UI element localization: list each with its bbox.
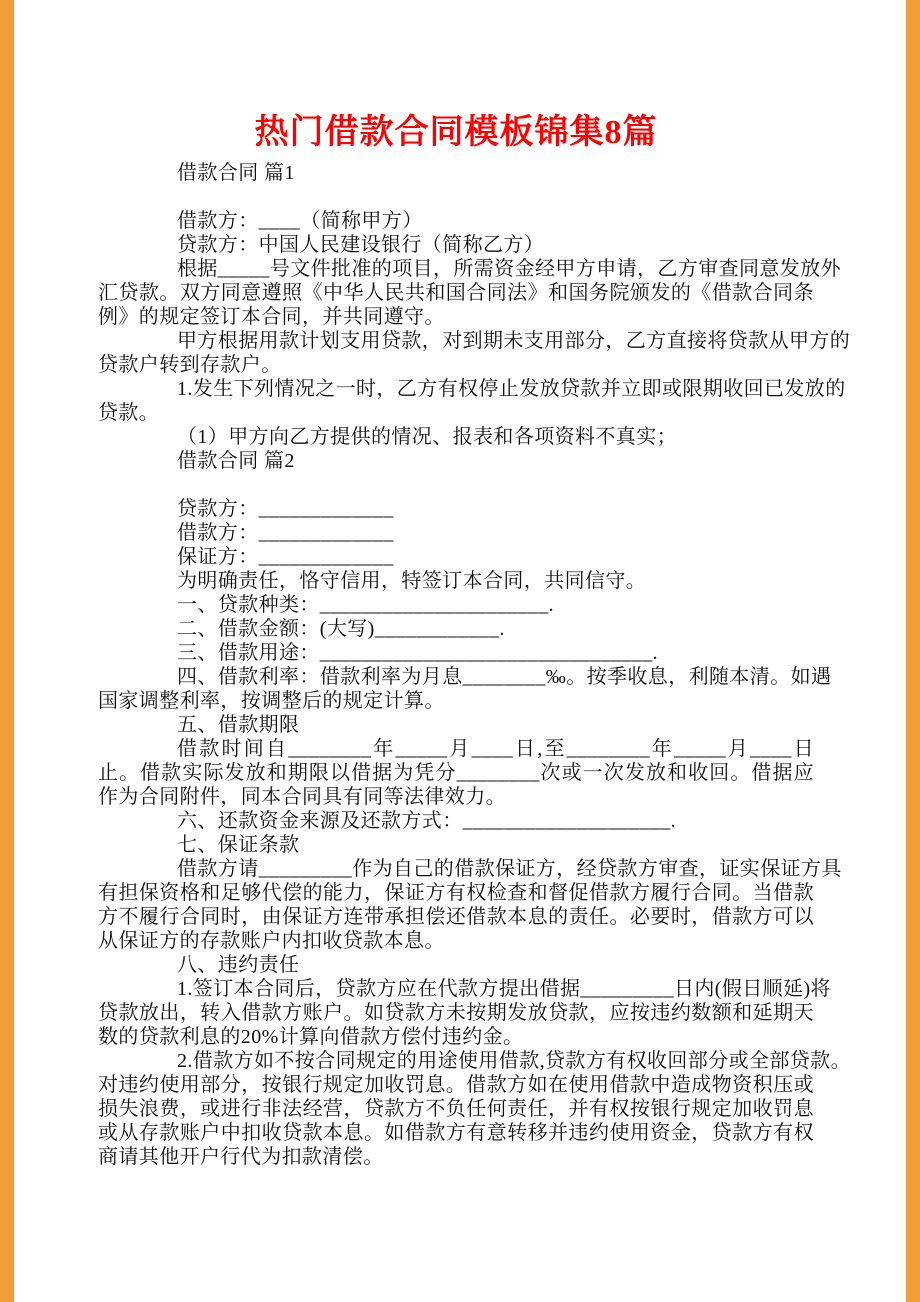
doc-line-guarantor-blank: 保证方：_____________	[98, 545, 814, 569]
doc-line-section2-heading: 借款合同 篇2	[98, 449, 814, 473]
doc-line: 损失浪费，或进行非法经营，贷款方不负任何责任，并有权按银行规定加收罚息	[98, 1097, 814, 1121]
doc-line-blank	[98, 185, 814, 209]
doc-line-clause7: 七、保证条款	[98, 833, 814, 857]
document-page: 热门借款合同模板锦集8篇 借款合同 篇1 借款方：____（简称甲方） 贷款方：…	[0, 0, 920, 1302]
doc-line-clause5: 五、借款期限	[98, 713, 814, 737]
doc-line: 有担保资格和足够代偿的能力，保证方有权检查和督促借款方履行合同。当借款	[98, 881, 814, 905]
doc-line: 1.签订本合同后，贷款方应在代款方提出借据_________日内(假日顺延)将	[98, 977, 814, 1001]
doc-line-clause6: 六、还款资金来源及还款方式：____________________.	[98, 809, 814, 833]
doc-line: 2.借款方如不按合同规定的用途使用借款,贷款方有权收回部分或全部贷款。	[98, 1049, 814, 1073]
doc-line: 贷款。	[98, 401, 814, 425]
doc-line-borrower-blank: 借款方：_____________	[98, 521, 814, 545]
doc-line-lender-blank: 贷款方：_____________	[98, 497, 814, 521]
doc-line: 止。借款实际发放和期限以借据为凭分________次或一次发放和收回。借据应	[98, 761, 814, 785]
document-title: 热门借款合同模板锦集8篇	[98, 0, 814, 158]
doc-line: 1.发生下列情况之一时，乙方有权停止发放贷款并立即或限期收回已发放的	[98, 377, 814, 401]
doc-line-clause4: 四、借款利率：借款利率为月息________‰。按季收息，利随本清。如遇	[98, 665, 814, 689]
doc-line: 从保证方的存款账户内扣收贷款本息。	[98, 929, 814, 953]
doc-line-clause8: 八、违约责任	[98, 953, 814, 977]
doc-line: 商请其他开户行代为扣款清偿。	[98, 1145, 814, 1169]
document-content: 热门借款合同模板锦集8篇 借款合同 篇1 借款方：____（简称甲方） 贷款方：…	[98, 0, 814, 1169]
doc-line: 贷款户转到存款户。	[98, 353, 814, 377]
doc-line: 数的贷款利息的20%计算向借款方偿付违约金。	[98, 1025, 814, 1049]
doc-line: 汇贷款。双方同意遵照《中华人民共和国合同法》和国务院颁发的《借款合同条	[98, 281, 814, 305]
left-edge-bar	[0, 0, 14, 1302]
doc-line-clause3: 三、借款用途：________________________________.	[98, 641, 814, 665]
doc-line: 为明确责任，恪守信用，特签订本合同，共同信守。	[98, 569, 814, 593]
doc-line: 对违约使用部分，按银行规定加收罚息。借款方如在使用借款中造成物资积压或	[98, 1073, 814, 1097]
doc-line: 借款时间自________年_____月____日,至________年____…	[98, 737, 814, 761]
doc-line-clause2: 二、借款金额：(大写)____________.	[98, 617, 814, 641]
doc-line-clause1: 一、贷款种类：______________________.	[98, 593, 814, 617]
doc-line: 方不履行合同时，由保证方连带承担偿还借款本息的责任。必要时，借款方可以	[98, 905, 814, 929]
doc-line: 根据_____号文件批准的项目，所需资金经甲方申请，乙方审查同意发放外	[98, 257, 814, 281]
doc-line-borrower: 借款方：____（简称甲方）	[98, 209, 814, 233]
doc-line: 国家调整利率，按调整后的规定计算。	[98, 689, 814, 713]
doc-line: 借款方请_________作为自己的借款保证方，经贷款方审查，证实保证方具	[98, 857, 814, 881]
doc-line-blank	[98, 473, 814, 497]
doc-line: （1）甲方向乙方提供的情况、报表和各项资料不真实；	[98, 425, 814, 449]
doc-line-lender: 贷款方：中国人民建设银行（简称乙方）	[98, 233, 814, 257]
right-edge-bar	[906, 0, 920, 1302]
doc-line: 例》的规定签订本合同，并共同遵守。	[98, 305, 814, 329]
doc-line: 贷款放出，转入借款方账户。如贷款方未按期发放贷款，应按违约数额和延期天	[98, 1001, 814, 1025]
doc-line: 甲方根据用款计划支用贷款，对到期未支用部分，乙方直接将贷款从甲方的	[98, 329, 814, 353]
doc-line-section1-heading: 借款合同 篇1	[98, 161, 814, 185]
doc-line: 或从存款账户中扣收贷款本息。如借款方有意转移并违约使用资金，贷款方有权	[98, 1121, 814, 1145]
doc-line: 作为合同附件，同本合同具有同等法律效力。	[98, 785, 814, 809]
